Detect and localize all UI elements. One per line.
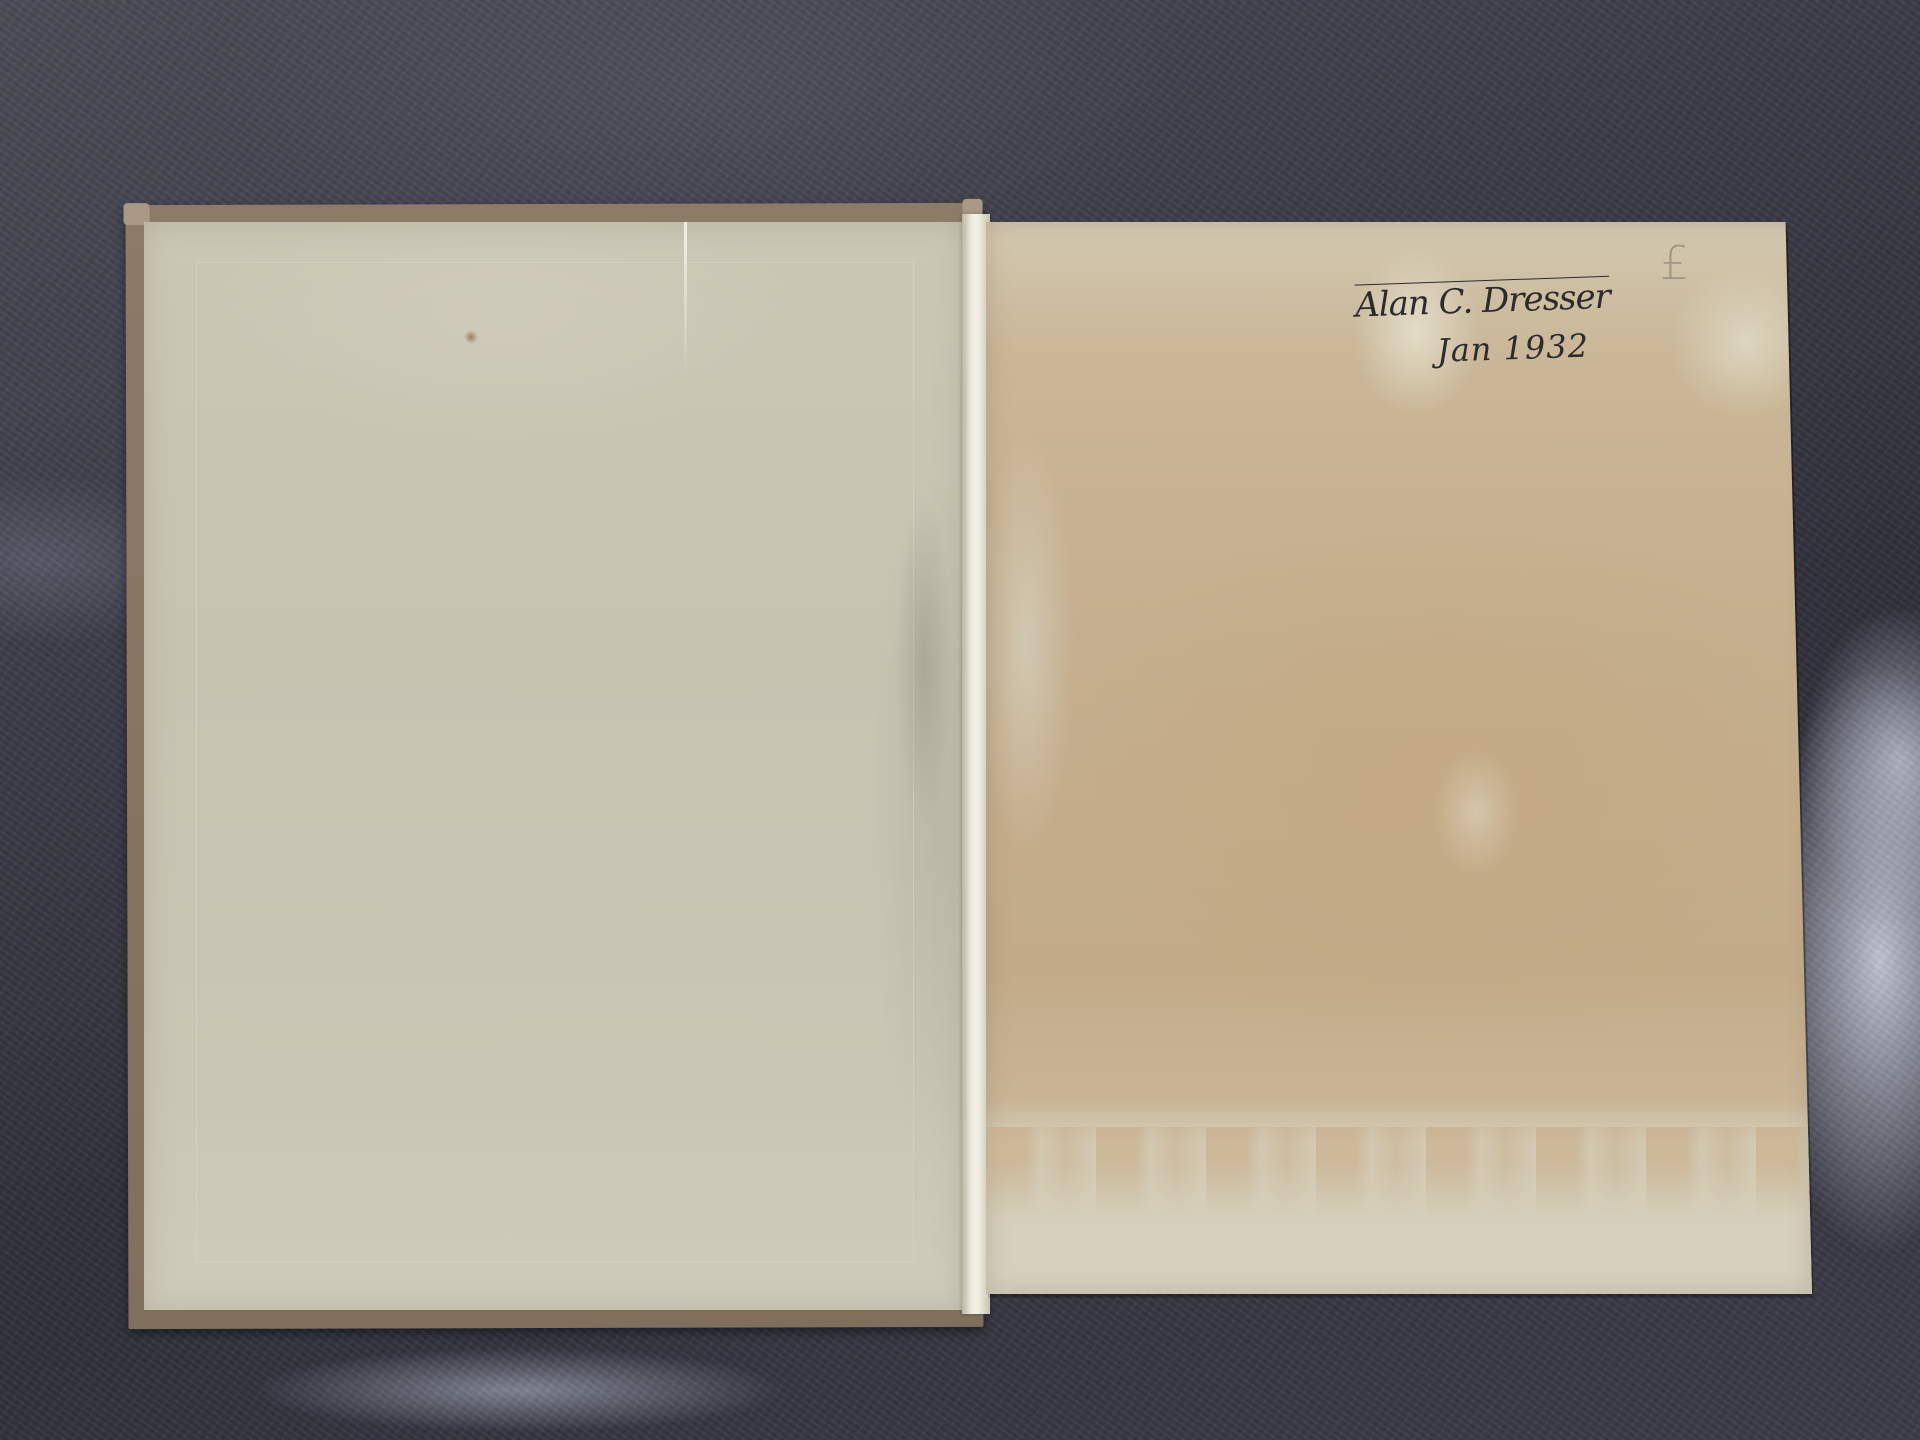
gutter-wrinkle [884,402,964,962]
page-frame-line [196,262,914,1262]
paper-crease [684,222,687,372]
right-endpaper-page [986,222,1812,1294]
inscription-date: Jan 1932 [1436,322,1677,370]
water-stain-tideline [986,1127,1812,1217]
foxing-spot [464,330,478,344]
open-book: £ Alan C. Dresser Jan 1932 [0,0,1920,1440]
left-pastedown-page [144,222,964,1310]
ownership-inscription: Alan C. Dresser Jan 1932 [1355,274,1678,373]
spine-gutter [962,214,990,1314]
